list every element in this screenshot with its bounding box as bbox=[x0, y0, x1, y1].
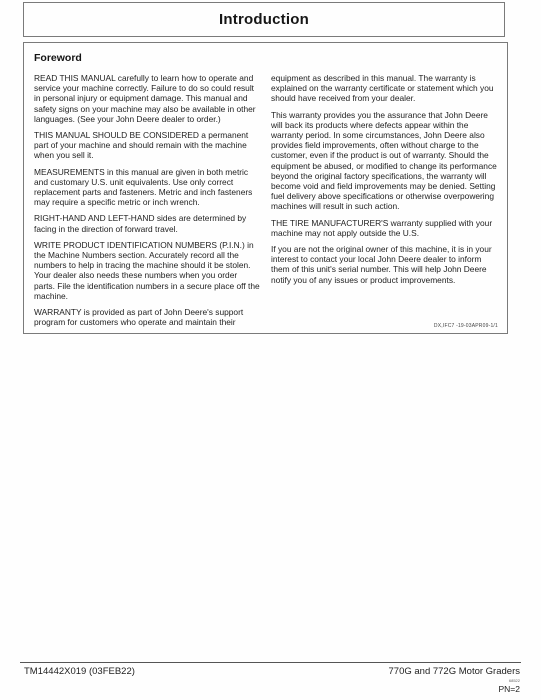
paragraph: THE TIRE MANUFACTURER'S warranty supplie… bbox=[271, 218, 497, 238]
two-column-body: READ THIS MANUAL carefully to learn how … bbox=[34, 73, 497, 333]
paragraph: This warranty provides you the assurance… bbox=[271, 110, 497, 212]
paragraph: WRITE PRODUCT IDENTIFICATION NUMBERS (P.… bbox=[34, 240, 260, 301]
section-heading: Foreword bbox=[34, 52, 497, 64]
footer-right-block: 770G and 772G Motor Graders 68522 PN=2 bbox=[389, 666, 521, 694]
footer-model-title: 770G and 772G Motor Graders bbox=[389, 666, 521, 677]
paragraph: READ THIS MANUAL carefully to learn how … bbox=[34, 73, 260, 124]
footer-page-number: PN=2 bbox=[389, 684, 521, 694]
paragraph: equipment as described in this manual. T… bbox=[271, 73, 497, 104]
footer-divider bbox=[20, 662, 521, 663]
paragraph: RIGHT-HAND AND LEFT-HAND sides are deter… bbox=[34, 213, 260, 233]
paragraph: If you are not the original owner of thi… bbox=[271, 244, 497, 285]
foreword-section: Foreword READ THIS MANUAL carefully to l… bbox=[23, 42, 508, 334]
revision-code: DX,IFC7 -19-03APR09-1/1 bbox=[434, 323, 498, 329]
paragraph: MEASUREMENTS in this manual are given in… bbox=[34, 167, 260, 208]
page-title: Introduction bbox=[219, 11, 309, 28]
manual-page: Introduction Foreword READ THIS MANUAL c… bbox=[0, 0, 541, 700]
left-column: READ THIS MANUAL carefully to learn how … bbox=[34, 73, 260, 333]
paragraph: WARRANTY is provided as part of John Dee… bbox=[34, 307, 260, 327]
footer-document-number: TM14442X019 (03FEB22) bbox=[24, 666, 135, 677]
right-column: equipment as described in this manual. T… bbox=[271, 73, 497, 333]
chapter-title-box: Introduction bbox=[23, 2, 505, 37]
paragraph: THIS MANUAL SHOULD BE CONSIDERED a perma… bbox=[34, 130, 260, 161]
footer-print-code: 68522 bbox=[389, 678, 521, 683]
